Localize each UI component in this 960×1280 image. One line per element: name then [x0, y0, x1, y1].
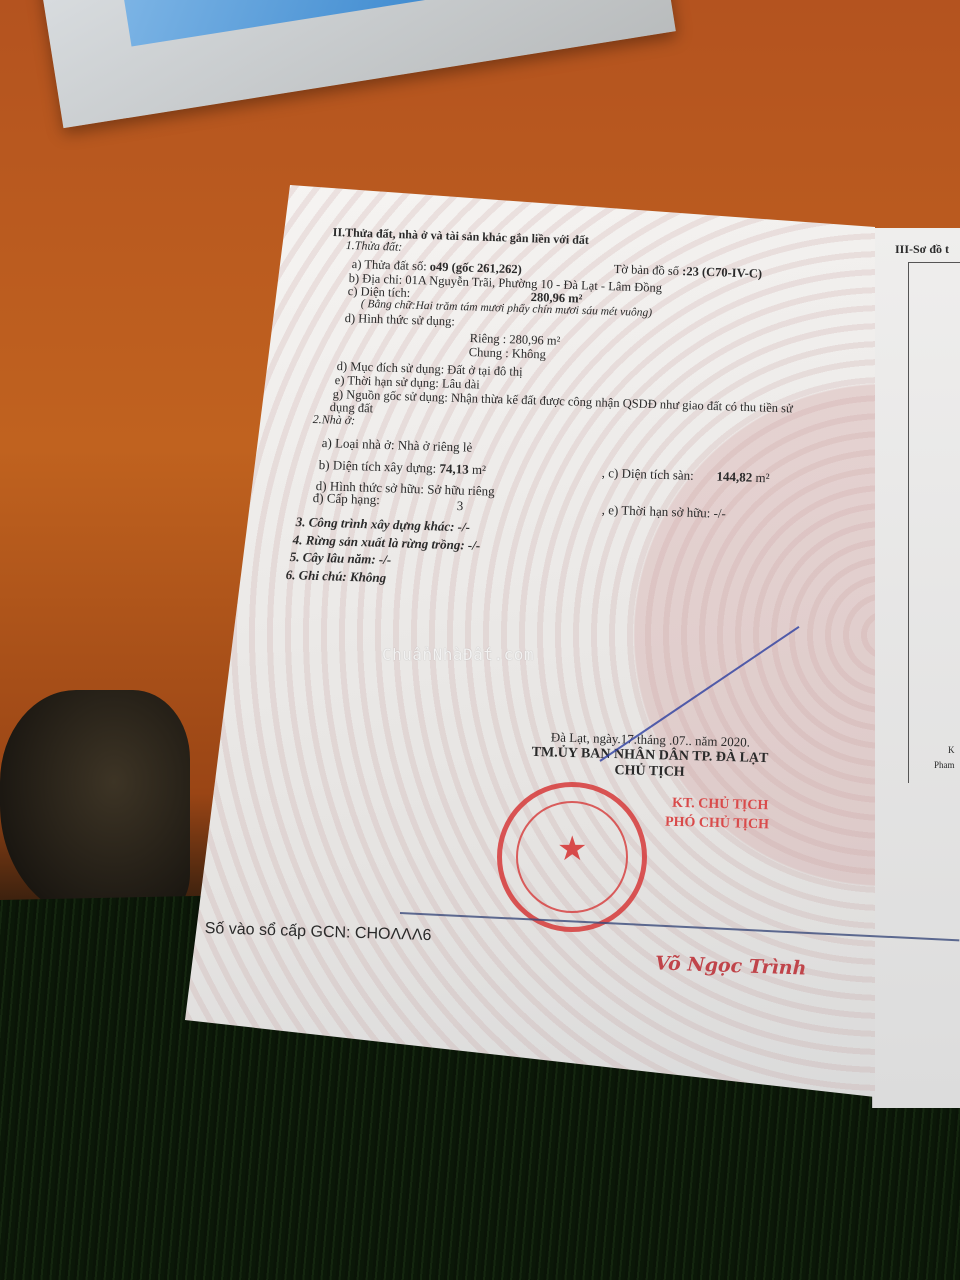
- map-sheet-label: Tờ bản đồ số: [614, 262, 680, 278]
- grade-value: 3: [456, 498, 463, 514]
- watermark: ChuẩnNhàĐất.com: [382, 645, 534, 664]
- house-heading: 2.Nhà ở:: [313, 412, 356, 428]
- floor-area-value: 144,82: [716, 469, 752, 485]
- map-sheet-value: :23 (C70-IV-C): [682, 264, 762, 281]
- deputy-prefix: KT. CHỦ TỊCH: [672, 796, 769, 815]
- dark-object: [0, 690, 190, 920]
- shared-area: Chung : Không: [469, 345, 547, 362]
- right-page-title: III-Sơ đồ t: [895, 242, 949, 257]
- right-page-fragment: Pham: [934, 760, 955, 770]
- right-page-fragment: K: [948, 745, 955, 755]
- floor-area-unit: m²: [755, 470, 769, 485]
- built-area-unit: m²: [472, 462, 486, 477]
- plastic-folder: [40, 0, 676, 128]
- perennial-trees: 5. Cây lâu năm: -/-: [289, 549, 391, 568]
- built-area-label: b) Diện tích xây dựng:: [319, 457, 437, 476]
- official-seal: ★: [497, 782, 647, 932]
- star-icon: ★: [557, 829, 587, 869]
- floor-area-label: , c) Diện tích sàn:: [602, 465, 694, 483]
- built-area-value: 74,13: [439, 461, 469, 477]
- signature-block: Đà Lạt, ngày.17.tháng .07.. năm 2020. TM…: [499, 728, 800, 784]
- folder-blue-document: [119, 0, 665, 47]
- map-frame: [908, 262, 960, 783]
- grade-label: đ) Cấp hạng:: [312, 490, 380, 508]
- deputy-title: PHÓ CHỦ TỊCH: [665, 815, 769, 834]
- notes: 6. Ghi chú: Không: [285, 567, 386, 586]
- land-heading: 1.Thửa đất:: [346, 238, 403, 255]
